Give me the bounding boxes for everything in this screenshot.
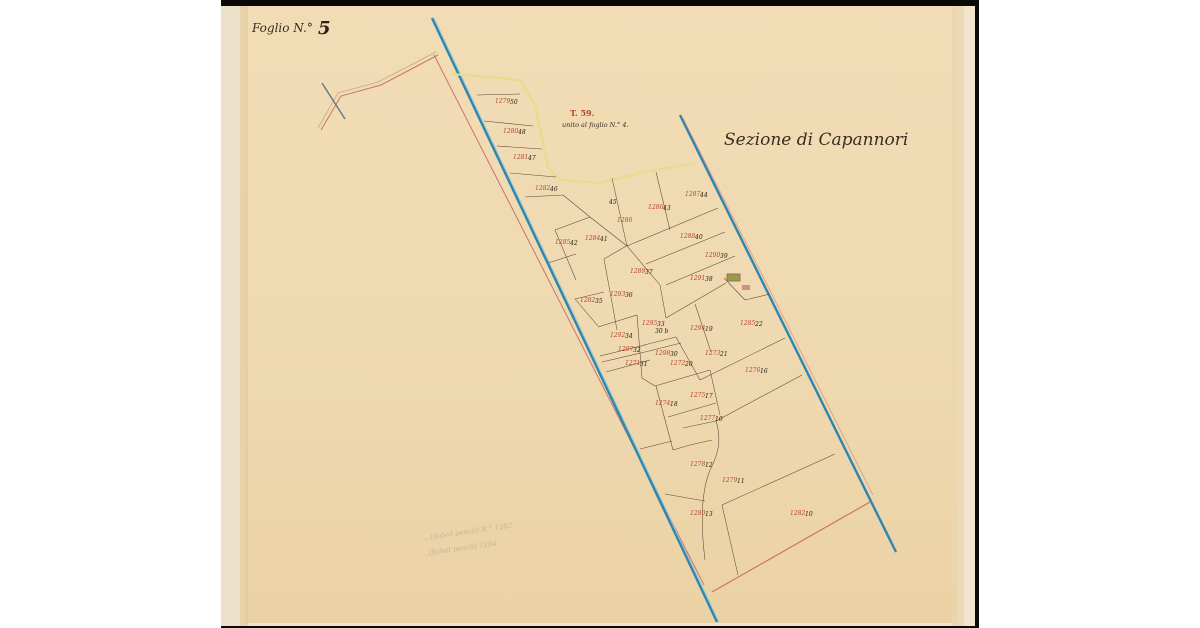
parcel-map-number: 1298 <box>655 350 670 357</box>
parcel-map-number: 1289 <box>630 268 645 275</box>
parcel-map-number: 1281 <box>513 154 528 161</box>
parcel-id: 41 <box>599 236 608 243</box>
parcel-id: 20 <box>684 361 693 368</box>
parcel-map-number: 1274 <box>655 400 670 407</box>
parcel-map-number: 1277 <box>700 415 715 422</box>
pencil-note-1: ...(faded pencil) N.° 1282 <box>423 522 513 542</box>
parcel-id: 33 <box>657 321 665 328</box>
building-marker <box>727 274 740 281</box>
parcel-map-number: 1294 <box>690 325 705 332</box>
side-road <box>318 52 438 130</box>
boundary-red-inner <box>722 495 873 505</box>
parcel-map-number: 1279 <box>495 98 510 105</box>
parcel-map-number: 1284 <box>585 235 600 242</box>
parcel-map-number: 1271 <box>625 360 640 367</box>
parcel-id: 43 <box>662 205 671 212</box>
parcel-id: 50 <box>510 99 518 106</box>
parcel-map-number: 1282 <box>790 510 805 517</box>
parcel-map-number: 1293 <box>610 291 625 298</box>
parcel-map-number: 1282 <box>535 185 550 192</box>
parcel-map-number: 1292 <box>610 332 625 339</box>
parcel-id: 45 <box>608 199 617 206</box>
parcel-map-number: 1279 <box>722 477 737 484</box>
parcel-map-number: 1276 <box>745 367 760 374</box>
parcel-id: 21 <box>719 351 728 358</box>
parcel-id: 36 <box>625 292 633 299</box>
parcel-map-number: 1287 <box>685 191 700 198</box>
parcel-id: 39 <box>720 253 728 260</box>
parcel-map-number: 1297 <box>618 346 633 353</box>
parcel-id: 13 <box>705 511 713 518</box>
parcel-map-number: 1272 <box>670 360 685 367</box>
parcel-id: 18 <box>670 401 678 408</box>
parcel-map-number: 1286 <box>648 204 663 211</box>
parcel-labels: 1279501280481281471282464512861286431287… <box>495 98 813 518</box>
parcel-map-number: 1282 <box>580 297 595 304</box>
sheet-number: 5 <box>318 18 331 39</box>
parcel-map-number: 1285 <box>740 320 755 327</box>
parcel-map-number: 1280 <box>503 128 518 135</box>
parcel-id: 40 <box>694 234 703 241</box>
parcel-id: 30 b <box>655 328 669 335</box>
parcel-id: 34 <box>625 333 633 340</box>
parcel-map-number: 1288 <box>680 233 695 240</box>
parcel-id: 46 <box>549 186 558 193</box>
right-boundary-road <box>680 115 896 552</box>
parcel-id: 48 <box>517 129 526 136</box>
parcel-map-number: 1278 <box>690 461 705 468</box>
parcel-map-number: 1285 <box>555 239 570 246</box>
parcel-id: 31 <box>640 361 648 368</box>
parcel-map-number: 1291 <box>690 275 705 282</box>
parcel-id: 17 <box>705 393 713 400</box>
parcel-id: 11 <box>737 478 745 485</box>
parcel-id: 38 <box>705 276 713 283</box>
parcel-id: 44 <box>699 192 708 199</box>
parcel-id: 30 <box>670 351 678 358</box>
parcel-id: 10 <box>715 416 723 423</box>
parcel-id: 37 <box>645 269 653 276</box>
parcel-map-number: 1273 <box>705 350 720 357</box>
sheet-label: Foglio N.° <box>251 21 313 35</box>
parcel-id: 32 <box>633 347 641 354</box>
parcel-map-number: 1295 <box>642 320 657 327</box>
parcel-id: 35 <box>595 298 603 305</box>
parcel-id: 42 <box>569 240 578 247</box>
tract-label: T. 59. <box>570 108 595 118</box>
parcel-id: 47 <box>527 155 536 162</box>
tract-note: unito al foglio N.° 4. <box>562 121 629 129</box>
parcel-map-number: 1280 <box>690 510 705 517</box>
parcel-map-number: 1286 <box>617 217 632 224</box>
parcel-id: 22 <box>754 321 763 328</box>
parcel-map-number: 1290 <box>705 252 720 259</box>
cadastral-map: Foglio N.° 5 Sezione di Capannori T. 59.… <box>0 0 1200 628</box>
parcel-id: 12 <box>705 462 713 469</box>
parcel-id: 16 <box>760 368 768 375</box>
parcel-map-number: 1275 <box>690 392 705 399</box>
pencil-note-2: ...(faded pencil) 1284 <box>421 540 497 558</box>
parcel-id: 19 <box>705 326 713 333</box>
section-title: Sezione di Capannori <box>724 130 908 150</box>
building-marker-2 <box>742 285 750 290</box>
parcel-id: 10 <box>805 511 813 518</box>
